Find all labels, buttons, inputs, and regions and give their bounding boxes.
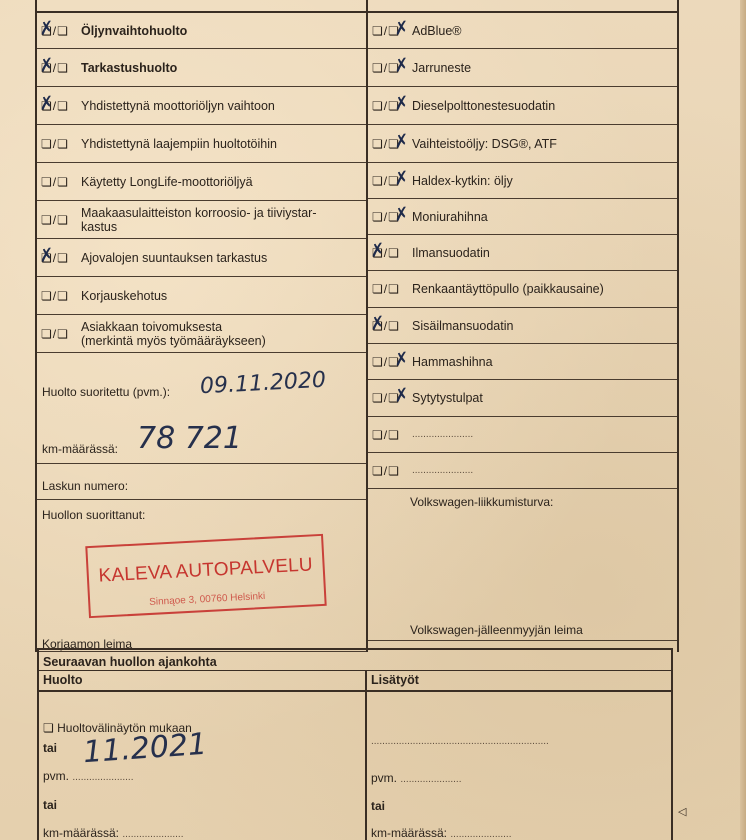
- stamp-address: Sinnąoe 3, 00760 Helsinki: [90, 588, 324, 611]
- checkbox-pair[interactable]: ❏/❏✗: [41, 24, 81, 38]
- check-mark-icon: ✗: [369, 311, 388, 334]
- checklist-item-label: Yhdistettynä laajempiin huoltotöihin: [81, 137, 277, 151]
- checklist-item-label: Sisäilmansuodatin: [412, 319, 513, 333]
- checklist-item: ❏/❏✗AdBlue®: [368, 13, 677, 49]
- checklist-item: ❏/❏Korjauskehotus: [37, 277, 366, 315]
- or-label: tai: [39, 798, 57, 812]
- checklist-item-label: Vaihteistoöljy: DSG®, ATF: [412, 137, 557, 151]
- checklist-item: ❏/❏✗Öljynvaihtohuolto: [37, 13, 366, 49]
- checklist-item-label: Maakaasulaitteiston korroosio- ja tiiviy…: [81, 206, 317, 234]
- extra-work-column: Lisätyöt ...............................…: [367, 671, 671, 840]
- service-date-label: Huolto suoritettu (pvm.):: [42, 385, 170, 399]
- check-mark-icon: ✗: [38, 91, 57, 114]
- performed-by-label: Huollon suorittanut:: [42, 508, 145, 522]
- checkbox-pair[interactable]: ❏/❏✗: [372, 61, 412, 75]
- check-mark-icon: ✗: [393, 347, 412, 370]
- checklist-item: ❏/❏✗Jarruneste: [368, 49, 677, 87]
- checklist-item: ❏/❏Käytetty LongLife-moottoriöljyä: [37, 163, 366, 201]
- checkbox-pair[interactable]: ❏/❏✗: [41, 99, 81, 113]
- checklist-item: ❏/❏......................: [368, 417, 677, 453]
- invoice-number-label: Laskun numero:: [42, 479, 128, 493]
- check-mark-icon: ✗: [369, 238, 388, 261]
- checkbox-pair[interactable]: ❏/❏: [41, 213, 81, 227]
- checklist-item: ❏/❏✗Hammashihna: [368, 344, 677, 380]
- performed-by-block: Huollon suorittanut: KALEVA AUTOPALVELU …: [37, 500, 366, 652]
- checklist-item-label: Hammashihna: [412, 355, 493, 369]
- check-mark-icon: ✗: [393, 202, 412, 225]
- or-label: tai: [367, 799, 385, 813]
- col-extra-header: Lisätyöt: [367, 671, 671, 692]
- right-column: ❏/❏✗AdBlue®❏/❏✗Jarruneste❏/❏✗Dieselpoltt…: [368, 13, 677, 652]
- checkbox-pair[interactable]: ❏/❏: [41, 327, 81, 341]
- checklist-item-label: Jarruneste: [412, 61, 471, 75]
- check-mark-icon: ✗: [38, 53, 57, 76]
- checklist-item-label: Tarkastushuolto: [81, 61, 177, 75]
- checklist-item-label: Haldex-kytkin: öljy: [412, 174, 513, 188]
- checklist-item: ❏/❏✗Ajovalojen suuntauksen tarkastus: [37, 239, 366, 277]
- next-date-field[interactable]: pvm. ......................: [39, 769, 133, 783]
- checkbox-pair[interactable]: ❏/❏✗: [372, 246, 412, 260]
- checkbox-pair[interactable]: ❏/❏: [41, 289, 81, 303]
- checkbox-pair[interactable]: ❏/❏✗: [372, 355, 412, 369]
- stamp-name: KALEVA AUTOPALVELU: [88, 554, 323, 588]
- checklist-item: ❏/❏✗Yhdistettynä moottoriöljyn vaihtoon: [37, 87, 366, 125]
- check-mark-icon: ✗: [393, 53, 412, 76]
- checkbox-pair[interactable]: ❏/❏✗: [372, 210, 412, 224]
- extra-work-line[interactable]: ........................................…: [367, 733, 549, 747]
- dealer-block: Volkswagen-liikkumisturva: Volkswagen-jä…: [368, 489, 677, 641]
- checkbox-pair[interactable]: ❏/❏: [41, 175, 81, 189]
- checklist-item-label: AdBlue®: [412, 24, 462, 38]
- checklist-item: ❏/❏✗Sytytystulpat: [368, 380, 677, 417]
- checklist-item-label: Renkaantäyttöpullo (paikkausaine): [412, 282, 604, 296]
- km-label: km-määrässä:: [42, 442, 118, 456]
- checklist-item-label: Käytetty LongLife-moottoriöljyä: [81, 175, 253, 189]
- or-label: tai: [39, 741, 57, 755]
- check-mark-icon: ✗: [393, 384, 412, 407]
- check-mark-icon: ✗: [393, 166, 412, 189]
- checklist-item: ❏/❏Yhdistettynä laajempiin huoltotöihin: [37, 125, 366, 163]
- checklist-item-label: Dieselpolttonestesuodatin: [412, 99, 555, 113]
- check-mark-icon: ✗: [393, 91, 412, 114]
- checkbox-pair[interactable]: ❏/❏: [372, 464, 412, 478]
- checkbox-pair[interactable]: ❏/❏: [372, 282, 412, 296]
- checklist-item-label: Asiakkaan toivomuksesta (merkintä myös t…: [81, 320, 266, 348]
- checkbox-pair[interactable]: ❏/❏: [372, 428, 412, 442]
- checklist-item: ❏/❏✗Vaihteistoöljy: DSG®, ATF: [368, 125, 677, 163]
- checklist-item: ❏/❏✗Sisäilmansuodatin: [368, 308, 677, 344]
- service-completed-block: Huolto suoritettu (pvm.): 09.11.2020 km-…: [37, 353, 366, 464]
- extra-date-field[interactable]: pvm. ......................: [367, 771, 461, 785]
- checklist-item: ❏/❏Asiakkaan toivomuksesta (merkintä myö…: [37, 315, 366, 353]
- top-strip: [37, 0, 677, 13]
- workshop-stamp: KALEVA AUTOPALVELU Sinnąoe 3, 00760 Hels…: [85, 534, 326, 618]
- checkbox-pair[interactable]: ❏/❏: [41, 137, 81, 151]
- checklist-item-label: Sytytystulpat: [412, 391, 483, 405]
- km-value[interactable]: 78 721: [137, 421, 242, 456]
- checklist-item-label: ......................: [412, 428, 473, 442]
- checkbox-pair[interactable]: ❏/❏✗: [41, 251, 81, 265]
- left-column: ❏/❏✗Öljynvaihtohuolto❏/❏✗Tarkastushuolto…: [37, 13, 368, 652]
- dealer-stamp-label: Volkswagen-jälleenmyyjän leima: [410, 623, 583, 637]
- checklist-item: ❏/❏✗Haldex-kytkin: öljy: [368, 163, 677, 199]
- checkbox-icon[interactable]: ❏: [43, 721, 54, 735]
- checklist-item: ❏/❏✗Tarkastushuolto: [37, 49, 366, 87]
- col-service-header: Huolto: [39, 671, 365, 692]
- checkbox-pair[interactable]: ❏/❏✗: [372, 99, 412, 113]
- check-mark-icon: ✗: [393, 16, 412, 39]
- next-service-column: Huolto ❏ Huoltovälinäytön mukaan tai pvm…: [39, 671, 367, 840]
- checkbox-pair[interactable]: ❏/❏✗: [372, 137, 412, 151]
- next-km-field[interactable]: km-määrässä: ......................: [39, 826, 183, 840]
- check-mark-icon: ✗: [393, 129, 412, 152]
- service-record-table: ❏/❏✗Öljynvaihtohuolto❏/❏✗Tarkastushuolto…: [35, 0, 679, 652]
- checkbox-pair[interactable]: ❏/❏✗: [372, 24, 412, 38]
- checkbox-pair[interactable]: ❏/❏✗: [41, 61, 81, 75]
- next-service-section: Seuraavan huollon ajankohta Huolto ❏ Huo…: [37, 648, 673, 840]
- checklist-item-label: Ilmansuodatin: [412, 246, 490, 260]
- checklist-item: ❏/❏✗Ilmansuodatin: [368, 235, 677, 271]
- checklist-item-label: Ajovalojen suuntauksen tarkastus: [81, 251, 267, 265]
- mobility-label: Volkswagen-liikkumisturva:: [410, 495, 553, 509]
- page-edge: [740, 0, 746, 840]
- next-service-title: Seuraavan huollon ajankohta: [39, 650, 671, 671]
- checklist-item: ❏/❏✗Dieselpolttonestesuodatin: [368, 87, 677, 125]
- checklist-item-label: ......................: [412, 464, 473, 478]
- checklist-item: ❏/❏Maakaasulaitteiston korroosio- ja tii…: [37, 201, 366, 239]
- checklist-item-label: Öljynvaihtohuolto: [81, 24, 187, 38]
- checkbox-pair[interactable]: ❏/❏✗: [372, 319, 412, 333]
- invoice-number-field[interactable]: Laskun numero:: [37, 464, 366, 500]
- checklist-item-label: Yhdistettynä moottoriöljyn vaihtoon: [81, 99, 275, 113]
- page-marker-icon: ◁: [678, 805, 686, 818]
- check-mark-icon: ✗: [38, 243, 57, 266]
- checkbox-pair[interactable]: ❏/❏✗: [372, 391, 412, 405]
- checklist-item-label: Moniurahihna: [412, 210, 488, 224]
- checklist-item-label: Korjauskehotus: [81, 289, 167, 303]
- checklist-item: ❏/❏Renkaantäyttöpullo (paikkausaine): [368, 271, 677, 308]
- check-mark-icon: ✗: [38, 16, 57, 39]
- checklist-item: ❏/❏......................: [368, 453, 677, 489]
- checklist-item: ❏/❏✗Moniurahihna: [368, 199, 677, 235]
- next-date-handwritten: 11.2021: [82, 727, 208, 771]
- checkbox-pair[interactable]: ❏/❏✗: [372, 174, 412, 188]
- service-date-value[interactable]: 09.11.2020: [199, 368, 326, 400]
- extra-km-field[interactable]: km-määrässä: ......................: [367, 826, 511, 840]
